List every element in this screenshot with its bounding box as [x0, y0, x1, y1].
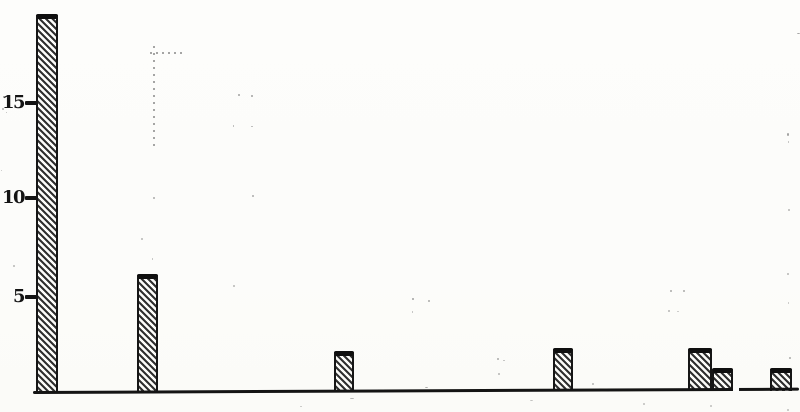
- y-axis-tick-label: 10: [2, 189, 25, 207]
- scan-speckle: [1, 170, 2, 171]
- bar-6: [712, 368, 733, 390]
- scan-speckle: [13, 265, 15, 267]
- scan-speckle: [141, 238, 143, 240]
- bar-3: [334, 351, 354, 392]
- scan-speckle: [152, 258, 153, 260]
- scan-speckle: [412, 298, 414, 300]
- x-axis-line-gap: [733, 386, 739, 392]
- scan-speckle: [530, 400, 533, 401]
- scan-speckle: [428, 300, 430, 302]
- bar-4: [553, 348, 573, 390]
- scan-speckle: [350, 398, 354, 399]
- bar-2: [137, 274, 158, 392]
- scan-speckle: [670, 290, 672, 292]
- scan-speckle: [233, 285, 235, 287]
- scan-speckle: [788, 209, 790, 211]
- bar-5: [688, 348, 712, 390]
- scan-speckle: [788, 141, 789, 143]
- scan-speckle: [238, 94, 240, 96]
- scan-speckle: [787, 409, 789, 411]
- scan-speckle: [6, 112, 7, 113]
- y-axis-tick-label: 5: [13, 288, 25, 306]
- scan-speckle: [497, 358, 499, 360]
- scan-speckle: [498, 373, 500, 375]
- scan-speckle: [233, 125, 234, 127]
- scan-speckle: [710, 405, 712, 407]
- scan-speckle: [677, 311, 679, 312]
- scan-speckle: [251, 126, 253, 127]
- scan-speckle: [789, 357, 791, 359]
- scan-speckle: [300, 406, 302, 407]
- scanned-bar-chart-page: 15105: [0, 0, 800, 412]
- scan-speckle: [252, 195, 254, 197]
- scan-speckle: [251, 95, 253, 97]
- scan-speckle: [153, 197, 155, 199]
- y-axis-tick-label: 15: [2, 94, 25, 112]
- scan-speckle: [425, 387, 428, 388]
- scan-speckle: [2, 108, 4, 110]
- bar-1: [36, 14, 58, 393]
- scan-speckle: [592, 383, 594, 385]
- y-axis-tick-5: 5: [0, 286, 37, 308]
- faint-dotted-horizontal-line: [150, 52, 186, 54]
- scan-speckle: [668, 310, 670, 312]
- scan-speckle: [503, 360, 505, 361]
- y-axis-tick-15: 15: [0, 92, 37, 114]
- scan-speckle: [7, 97, 9, 98]
- scan-speckle: [3, 96, 5, 98]
- faint-dotted-vertical-line: [153, 46, 155, 151]
- scan-speckle: [643, 403, 645, 405]
- scan-speckle: [412, 311, 413, 313]
- scan-speckle: [787, 133, 789, 136]
- y-axis-tick-10: 10: [0, 187, 37, 209]
- scan-speckle: [787, 273, 789, 275]
- scan-speckle: [788, 302, 789, 304]
- scan-speckle: [683, 290, 685, 292]
